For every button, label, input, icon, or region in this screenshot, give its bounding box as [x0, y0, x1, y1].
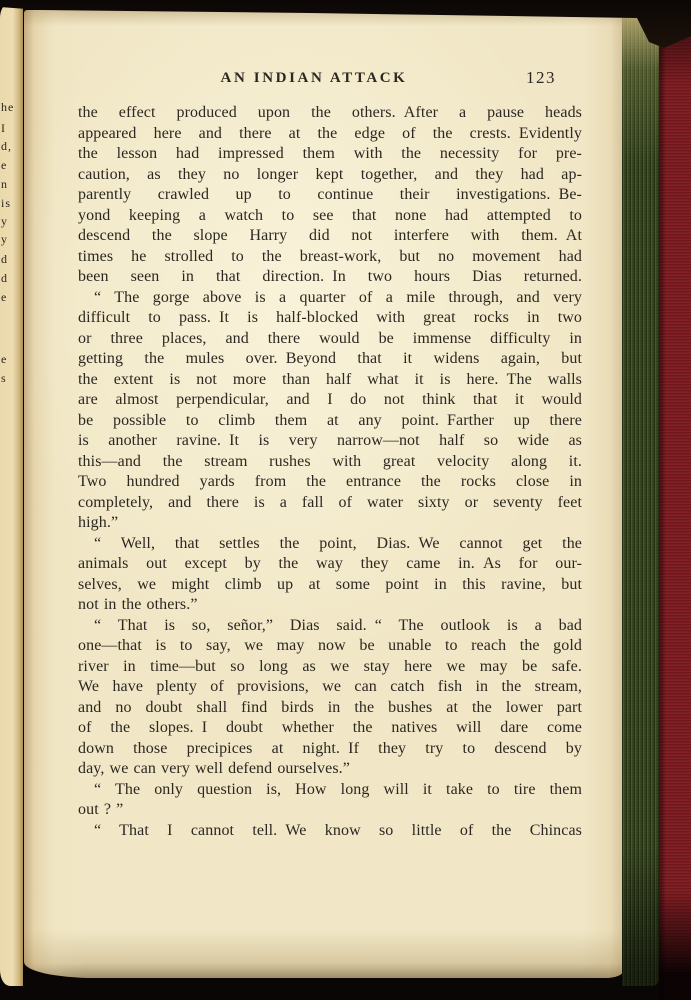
- text-line: yond keeping a watch to see that none ha…: [78, 206, 582, 227]
- text-line: difficult to pass. It is half-blocked wi…: [78, 308, 582, 329]
- running-title: AN INDIAN ATTACK: [221, 70, 408, 87]
- text-line: high.”: [78, 513, 582, 534]
- text-line: appeared here and there at the edge of t…: [78, 124, 582, 145]
- page-header: AN INDIAN ATTACK 123: [78, 68, 582, 90]
- text-line: the effect produced upon the others. Aft…: [78, 103, 582, 124]
- edge-text-fragment: I: [1, 121, 21, 135]
- text-line: one—that is to say, we may now be unable…: [78, 636, 582, 657]
- text-line: is another ravine. It is very narrow—not…: [78, 431, 582, 452]
- text-line: animals out except by the way they came …: [78, 554, 582, 575]
- page-number: 123: [526, 68, 556, 88]
- text-line: the lesson had impressed them with the n…: [78, 144, 582, 165]
- text-line: down those precipices at night. If they …: [78, 739, 582, 760]
- text-line: times he strolled to the breast-work, bu…: [78, 247, 582, 268]
- edge-text-fragment: d,: [1, 139, 21, 153]
- text-line: this—and the stream rushes with great ve…: [78, 452, 582, 473]
- text-line: “ The only question is, How long will it…: [78, 780, 582, 801]
- edge-text-fragment: e: [1, 158, 21, 172]
- edge-text-fragment: d: [1, 271, 21, 285]
- text-line: getting the mules over. Beyond that it w…: [78, 349, 582, 370]
- text-line: “ Well, that settles the point, Dias. We…: [78, 534, 582, 555]
- text-line: the extent is not more than half what it…: [78, 370, 582, 391]
- edge-text-fragment: e: [1, 352, 21, 366]
- text-line: descend the slope Harry did not interfer…: [78, 226, 582, 247]
- edge-text-fragment: d: [1, 252, 21, 266]
- text-line: “ That I cannot tell. We know so little …: [78, 821, 582, 842]
- text-line: not in the others.”: [78, 595, 582, 616]
- facing-page-edge: heId,enisyyddees: [0, 4, 23, 986]
- edge-text-fragment: s: [1, 371, 21, 385]
- text-line: and no doubt shall find birds in the bus…: [78, 698, 582, 719]
- text-line: “ The gorge above is a quarter of a mile…: [78, 288, 582, 309]
- text-line: completely, and there is a fall of water…: [78, 493, 582, 514]
- edge-text-fragment: he: [1, 100, 21, 114]
- text-line: of the slopes. I doubt whether the nativ…: [78, 718, 582, 739]
- edge-text-fragment: n: [1, 177, 21, 191]
- text-line: been seen in that direction. In two hour…: [78, 267, 582, 288]
- scanned-book-page-photo: heId,enisyyddees AN INDIAN ATTACK 123 th…: [0, 0, 691, 1000]
- text-line: out ? ”: [78, 800, 582, 821]
- edge-text-fragment: y: [1, 232, 21, 246]
- page-text: the effect produced upon the others. Aft…: [78, 103, 582, 841]
- text-line: We have plenty of provisions, we can cat…: [78, 677, 582, 698]
- text-line: “ That is so, señor,” Dias said. “ The o…: [78, 616, 582, 637]
- book-cover-board: [659, 0, 691, 1000]
- text-line: parently crawled up to continue their in…: [78, 185, 582, 206]
- page-block-fore-edge: [622, 14, 660, 986]
- text-line: Two hundred yards from the entrance the …: [78, 472, 582, 493]
- text-line: or three places, and there would be imme…: [78, 329, 582, 350]
- text-line: day, we can very well defend ourselves.”: [78, 759, 582, 780]
- text-line: are almost perpendicular, and I do not t…: [78, 390, 582, 411]
- text-line: be possible to climb them at any point. …: [78, 411, 582, 432]
- book-page: AN INDIAN ATTACK 123 the effect produced…: [24, 10, 624, 978]
- edge-text-fragment: e: [1, 290, 21, 304]
- text-line: caution, as they no longer kept together…: [78, 165, 582, 186]
- edge-text-fragment: y: [1, 214, 21, 228]
- text-line: selves, we might climb up at some point …: [78, 575, 582, 596]
- edge-text-fragment: is: [1, 196, 21, 210]
- text-line: river in time—but so long as we stay her…: [78, 657, 582, 678]
